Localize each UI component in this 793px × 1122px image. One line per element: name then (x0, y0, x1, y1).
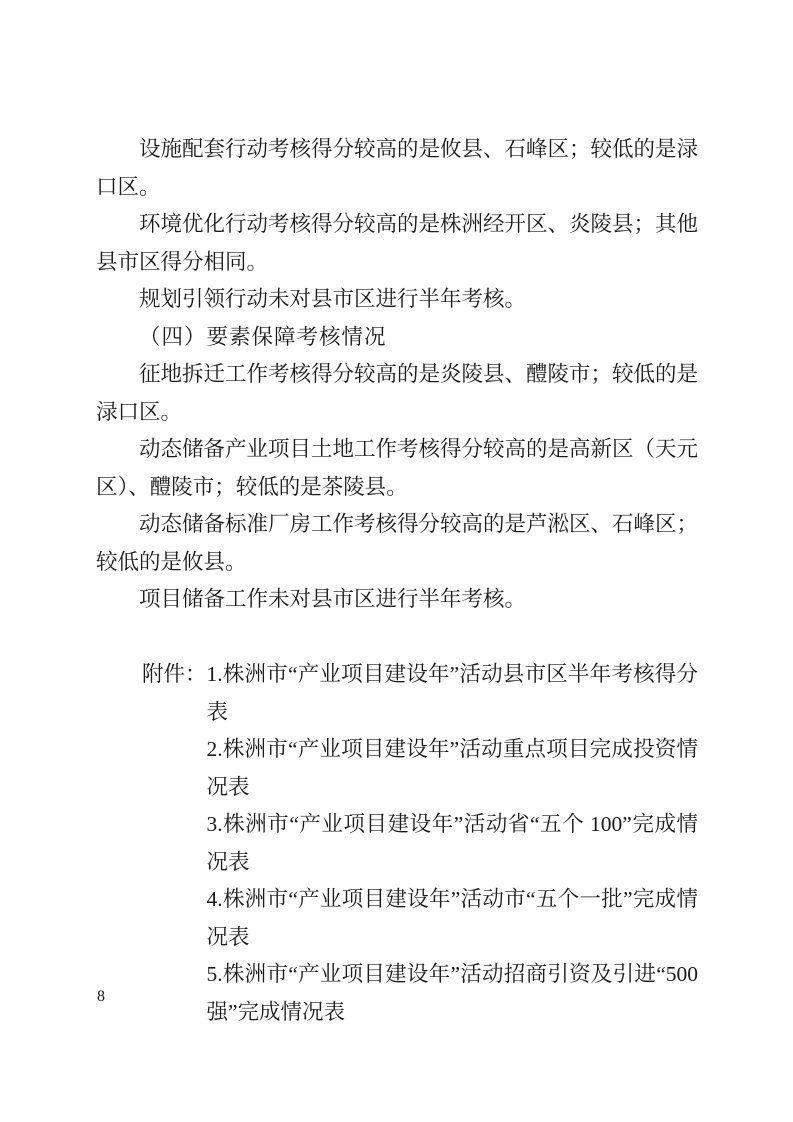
paragraph-reserve-land: 动态储备产业项目土地工作考核得分较高的是高新区（天元区）、醴陵市；较低的是茶陵县… (96, 431, 698, 506)
attachment-item: 5.株洲市“产业项目建设年”活动招商引资及引进“500强”完成情况表 (207, 956, 698, 1031)
attachment-item: 3.株洲市“产业项目建设年”活动省“五个 100”完成情况表 (207, 806, 698, 881)
paragraph-planning-guidance: 规划引领行动未对县市区进行半年考核。 (96, 281, 698, 319)
page-number: 8 (97, 987, 105, 1007)
document-body: 设施配套行动考核得分较高的是攸县、石峰区；较低的是渌口区。 环境优化行动考核得分… (96, 131, 698, 1031)
section-heading-four: （四）要素保障考核情况 (96, 319, 698, 357)
attachment-item: 2.株洲市“产业项目建设年”活动重点项目完成投资情况表 (207, 731, 698, 806)
attachments-block: 附件： 1.株洲市“产业项目建设年”活动县市区半年考核得分表 2.株洲市“产业项… (96, 656, 698, 1031)
attachment-item: 1.株洲市“产业项目建设年”活动县市区半年考核得分表 (207, 656, 698, 731)
paragraph-facility-support: 设施配套行动考核得分较高的是攸县、石峰区；较低的是渌口区。 (96, 131, 698, 206)
paragraph-land-requisition: 征地拆迁工作考核得分较高的是炎陵县、醴陵市；较低的是渌口区。 (96, 356, 698, 431)
paragraph-project-reserve: 项目储备工作未对县市区进行半年考核。 (96, 581, 698, 619)
attachment-item: 4.株洲市“产业项目建设年”活动市“五个一批”完成情况表 (207, 881, 698, 956)
attachments-label: 附件： (142, 656, 207, 1031)
paragraph-environment-optimization: 环境优化行动考核得分较高的是株洲经开区、炎陵县；其他县市区得分相同。 (96, 206, 698, 281)
document-page: 设施配套行动考核得分较高的是攸县、石峰区；较低的是渌口区。 环境优化行动考核得分… (0, 0, 793, 1122)
attachments-list: 1.株洲市“产业项目建设年”活动县市区半年考核得分表 2.株洲市“产业项目建设年… (207, 656, 698, 1031)
paragraph-reserve-factory: 动态储备标准厂房工作考核得分较高的是芦淞区、石峰区；较低的是攸县。 (96, 506, 698, 581)
